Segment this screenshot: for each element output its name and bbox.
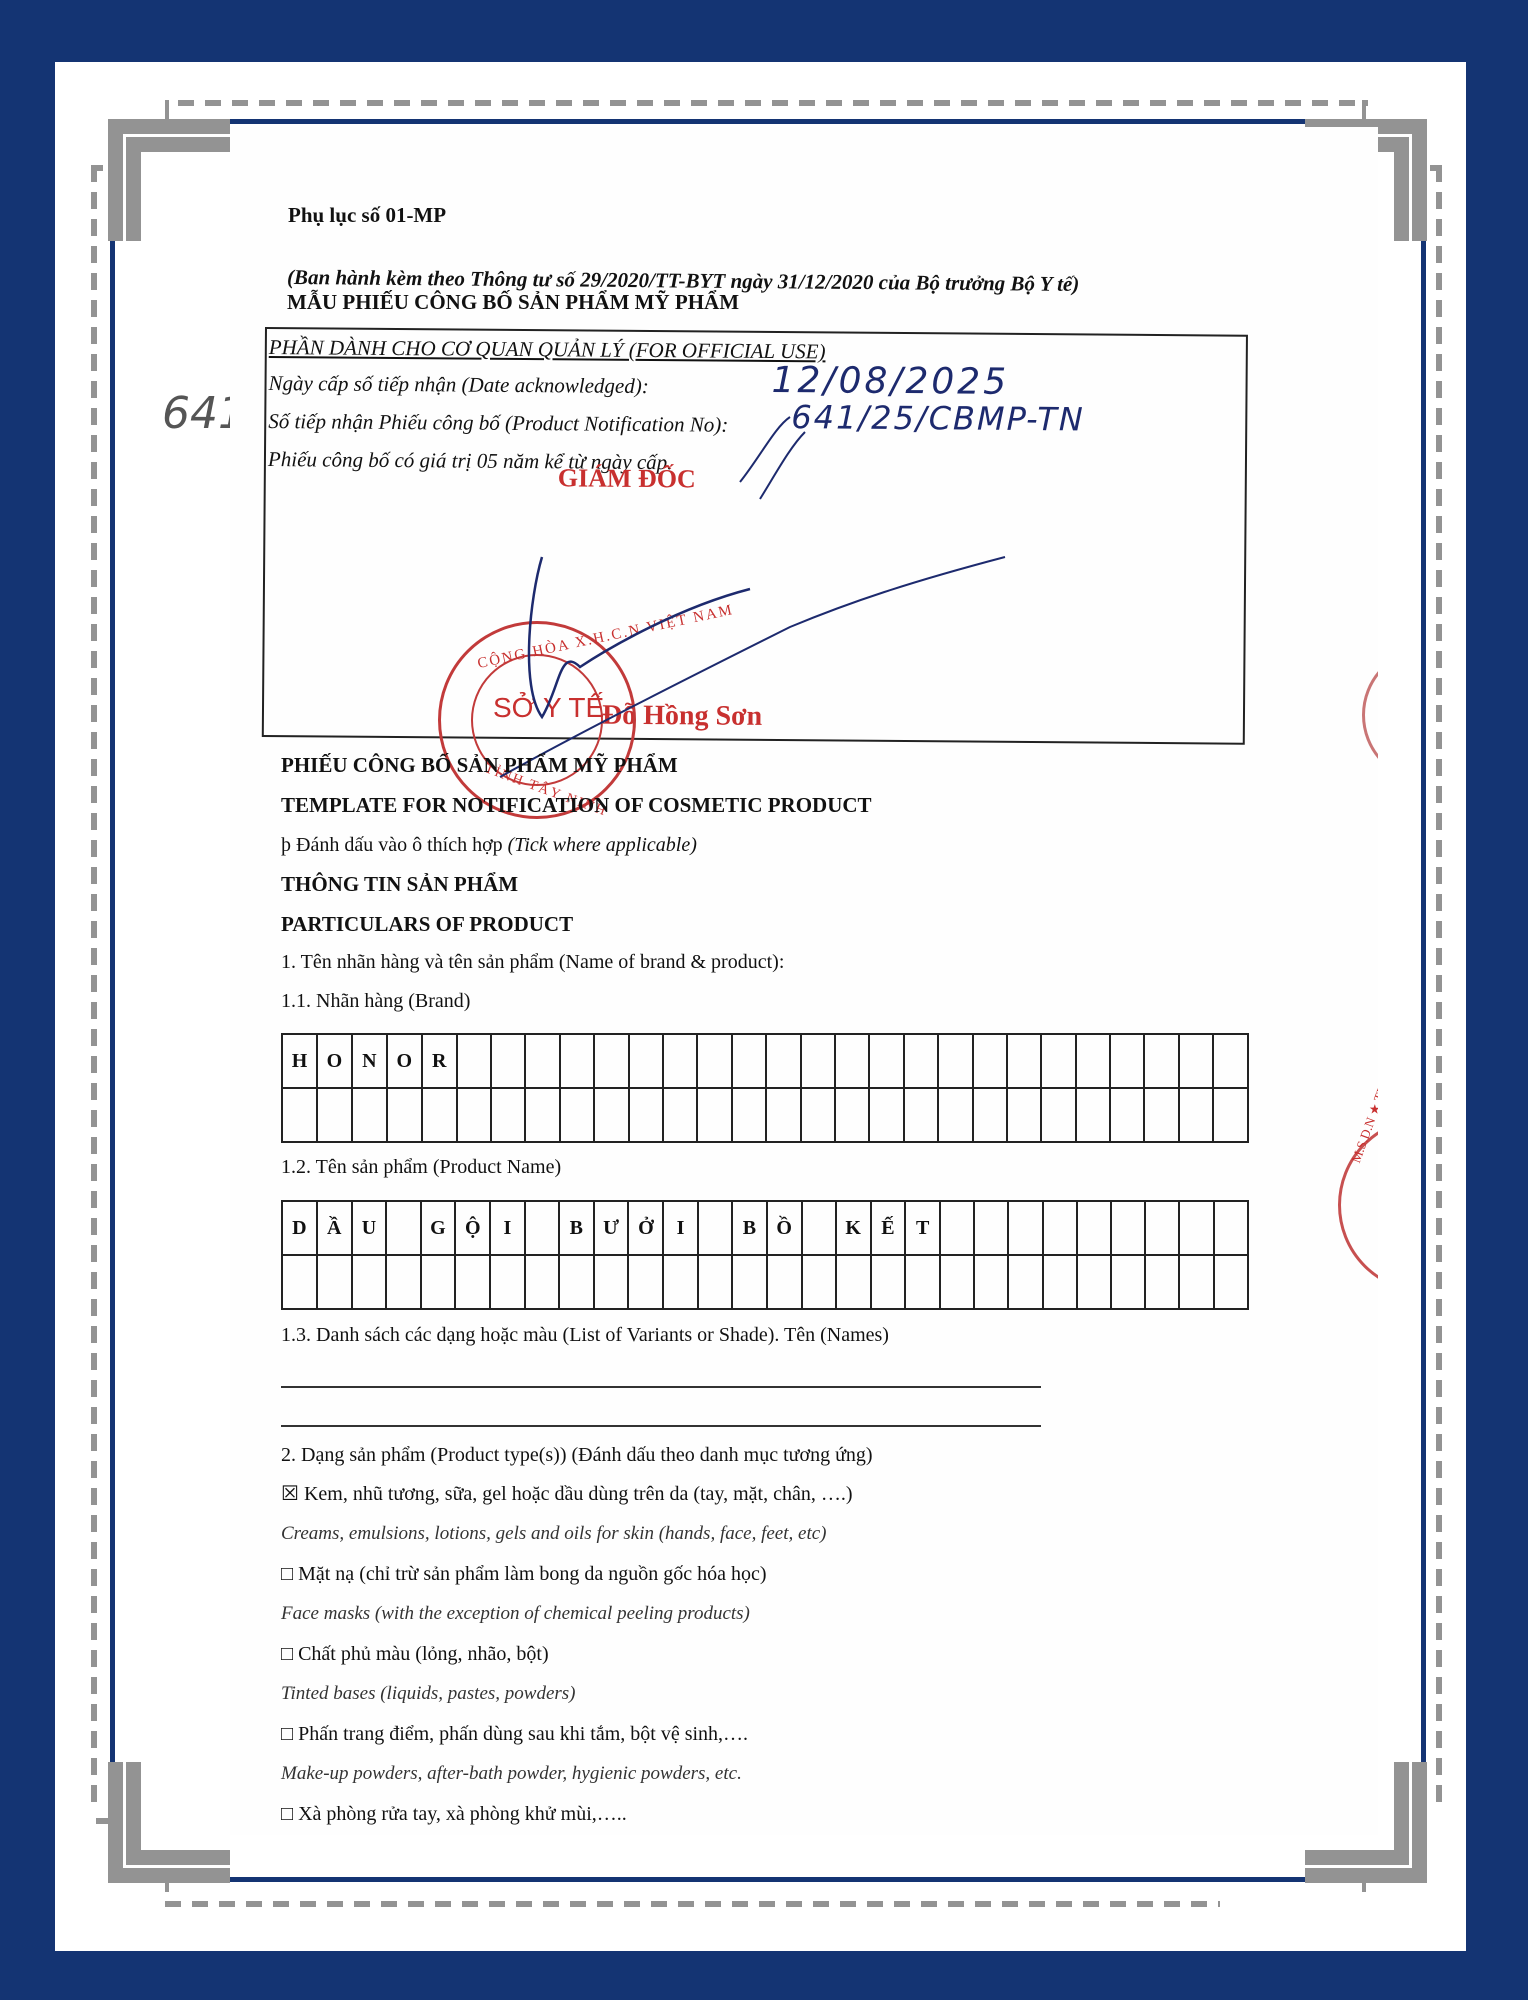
brand-cell[interactable] [938, 1034, 972, 1088]
product-type-option[interactable]: □ Mặt nạ (chỉ trừ sản phẩm làm bong da n… [281, 1564, 767, 1584]
brand-cell[interactable] [904, 1088, 938, 1142]
product-name-cell[interactable]: B [559, 1201, 594, 1255]
brand-cell[interactable] [629, 1034, 663, 1088]
frame-dash-right [1436, 165, 1442, 1805]
product-name-cell[interactable] [698, 1255, 732, 1309]
brand-cell[interactable] [1144, 1034, 1178, 1088]
question-1-3: 1.3. Danh sách các dạng hoặc màu (List o… [281, 1325, 889, 1345]
brand-cell[interactable] [938, 1088, 972, 1142]
variants-line-1[interactable] [281, 1386, 1041, 1388]
product-type-label: Chất phủ màu (lỏng, nhão, bột) [298, 1643, 549, 1665]
product-type-option[interactable]: □ Xà phòng rửa tay, xà phòng khử mùi,….. [281, 1804, 627, 1824]
product-name-cell[interactable] [732, 1255, 767, 1309]
brand-cell[interactable]: O [387, 1034, 422, 1088]
brand-cell[interactable]: R [422, 1034, 457, 1088]
product-type-option[interactable]: □ Phấn trang điểm, phấn dùng sau khi tắm… [281, 1724, 748, 1744]
brand-cell[interactable] [973, 1088, 1007, 1142]
brand-cell[interactable] [732, 1088, 766, 1142]
notification-title-vi: PHIẾU CÔNG BỐ SẢN PHẨM MỸ PHẨM [281, 755, 678, 776]
brand-cell[interactable] [525, 1088, 559, 1142]
product-name-cell[interactable] [1077, 1255, 1111, 1309]
product-type-option[interactable]: □ Chất phủ màu (lỏng, nhão, bột) [281, 1644, 549, 1664]
product-name-cell[interactable] [836, 1255, 871, 1309]
brand-cell[interactable] [766, 1034, 800, 1088]
brand-cell[interactable] [1213, 1034, 1248, 1088]
product-name-grid: DẦUGỘIBƯỞIBỒKẾT [281, 1200, 1249, 1310]
brand-cell[interactable] [1041, 1088, 1075, 1142]
brand-cell[interactable] [1007, 1034, 1041, 1088]
product-type-option[interactable]: ☒ Kem, nhũ tương, sữa, gel hoặc dầu dùng… [281, 1484, 853, 1504]
product-name-cell[interactable] [1111, 1255, 1145, 1309]
product-name-cell[interactable] [421, 1255, 456, 1309]
brand-cell[interactable] [973, 1034, 1007, 1088]
checkbox-icon[interactable]: □ [281, 1723, 298, 1745]
product-name-cell[interactable] [698, 1201, 732, 1255]
brand-cell[interactable] [457, 1088, 491, 1142]
product-type-translation: Creams, emulsions, lotions, gels and oil… [281, 1524, 827, 1543]
product-name-cell[interactable]: Ồ [767, 1201, 802, 1255]
product-name-cell[interactable] [663, 1255, 698, 1309]
product-name-cell[interactable] [490, 1255, 525, 1309]
brand-cell[interactable] [869, 1034, 903, 1088]
brand-cell[interactable]: O [317, 1034, 352, 1088]
brand-cell[interactable]: H [282, 1034, 317, 1088]
section-title-vi: THÔNG TIN SẢN PHẨM [281, 874, 518, 895]
product-name-cell[interactable] [974, 1201, 1008, 1255]
brand-cell[interactable] [766, 1088, 800, 1142]
brand-grid: HONOR [281, 1033, 1249, 1143]
tick-note: þ Đánh dấu vào ô thích hợp (Tick where a… [281, 834, 697, 857]
product-name-cell[interactable]: I [663, 1201, 698, 1255]
product-name-cell[interactable]: D [282, 1201, 317, 1255]
product-name-cell[interactable] [802, 1255, 836, 1309]
brand-cell[interactable] [663, 1088, 697, 1142]
frame-dash-top [178, 100, 1368, 106]
product-name-cell[interactable]: I [490, 1201, 525, 1255]
product-name-cell[interactable] [871, 1255, 906, 1309]
product-name-cell[interactable]: Ầ [317, 1201, 352, 1255]
brand-cell[interactable] [1076, 1088, 1110, 1142]
brand-cell[interactable] [1076, 1034, 1110, 1088]
brand-cell[interactable] [525, 1034, 559, 1088]
product-type-label: Xà phòng rửa tay, xà phòng khử mùi,….. [298, 1803, 627, 1825]
product-name-cell[interactable]: Ở [628, 1201, 663, 1255]
product-name-cell[interactable] [1043, 1201, 1077, 1255]
product-type-label: Phấn trang điểm, phấn dùng sau khi tắm, … [298, 1723, 748, 1745]
brand-cell[interactable] [732, 1034, 766, 1088]
product-name-cell[interactable] [1111, 1201, 1145, 1255]
product-name-cell[interactable]: U [352, 1201, 387, 1255]
product-name-cell[interactable] [386, 1255, 420, 1309]
brand-cell[interactable] [1041, 1034, 1075, 1088]
frame-line-top [230, 119, 1305, 124]
product-name-cell[interactable] [1008, 1201, 1042, 1255]
product-name-cell[interactable] [317, 1255, 352, 1309]
product-name-cell[interactable] [767, 1255, 802, 1309]
brand-cell[interactable] [697, 1088, 731, 1142]
checkbox-icon[interactable]: □ [281, 1563, 298, 1585]
product-name-cell[interactable] [455, 1255, 490, 1309]
product-type-translation: Face masks (with the exception of chemic… [281, 1604, 750, 1623]
brand-cell[interactable] [491, 1088, 525, 1142]
edge-stamp-lower: M.S.D.N ★ THA [1338, 1117, 1378, 1293]
product-name-cell[interactable] [1179, 1201, 1213, 1255]
question-2: 2. Dạng sản phẩm (Product type(s)) (Đánh… [281, 1445, 873, 1465]
product-name-cell[interactable] [905, 1255, 940, 1309]
product-name-cell[interactable] [594, 1255, 629, 1309]
brand-cell[interactable] [904, 1034, 938, 1088]
brand-cell[interactable] [387, 1088, 422, 1142]
checkbox-icon[interactable]: □ [281, 1803, 298, 1825]
brand-cell[interactable] [697, 1034, 731, 1088]
frame-dash-bottom [165, 1901, 1220, 1907]
brand-cell[interactable] [560, 1034, 594, 1088]
product-name-cell[interactable] [282, 1255, 317, 1309]
notification-title-en: TEMPLATE FOR NOTIFICATION OF COSMETIC PR… [281, 795, 872, 816]
brand-cell[interactable] [835, 1034, 869, 1088]
product-name-cell[interactable] [940, 1201, 974, 1255]
checked-checkbox-icon[interactable]: ☒ [281, 1483, 304, 1505]
brand-cell[interactable] [422, 1088, 457, 1142]
product-name-cell[interactable] [1214, 1201, 1248, 1255]
product-name-cell[interactable] [1179, 1255, 1213, 1309]
brand-cell[interactable] [1110, 1034, 1144, 1088]
product-name-cell[interactable] [1008, 1255, 1042, 1309]
brand-cell[interactable] [663, 1034, 697, 1088]
product-name-cell[interactable] [1043, 1255, 1077, 1309]
brand-cell[interactable] [801, 1088, 835, 1142]
checkbox-icon[interactable]: □ [281, 1643, 298, 1665]
scanned-document: Phụ lục số 01-MP (Ban hành kèm theo Thôn… [230, 127, 1378, 1835]
brand-cell[interactable] [1007, 1088, 1041, 1142]
question-1-2: 1.2. Tên sản phẩm (Product Name) [281, 1157, 561, 1177]
product-name-cell[interactable]: K [836, 1201, 871, 1255]
brand-cell[interactable] [629, 1088, 663, 1142]
product-name-cell[interactable] [1214, 1255, 1248, 1309]
product-type-translation: Make-up powders, after-bath powder, hygi… [281, 1764, 742, 1783]
variants-line-2[interactable] [281, 1425, 1041, 1427]
brand-cell[interactable]: N [352, 1034, 387, 1088]
frame-line-bottom [230, 1877, 1305, 1882]
product-name-cell[interactable] [974, 1255, 1008, 1309]
brand-cell[interactable] [560, 1088, 594, 1142]
brand-cell[interactable] [1213, 1088, 1248, 1142]
product-type-label: Kem, nhũ tương, sữa, gel hoặc dầu dùng t… [304, 1483, 853, 1505]
product-name-cell[interactable]: Ộ [455, 1201, 490, 1255]
question-1-1: 1.1. Nhãn hàng (Brand) [281, 991, 470, 1011]
product-name-cell[interactable] [525, 1201, 559, 1255]
brand-cell[interactable] [835, 1088, 869, 1142]
brand-cell[interactable] [869, 1088, 903, 1142]
product-name-cell[interactable]: B [732, 1201, 767, 1255]
frame-line-left [110, 240, 115, 1762]
brand-cell[interactable] [1179, 1034, 1213, 1088]
product-name-cell[interactable] [940, 1255, 974, 1309]
product-name-cell[interactable] [1145, 1255, 1179, 1309]
brand-cell[interactable] [1110, 1088, 1144, 1142]
product-name-cell[interactable] [525, 1255, 559, 1309]
question-1: 1. Tên nhãn hàng và tên sản phẩm (Name o… [281, 952, 784, 972]
product-name-cell[interactable] [1077, 1201, 1111, 1255]
product-name-cell[interactable] [802, 1201, 836, 1255]
product-name-cell[interactable] [352, 1255, 387, 1309]
product-name-cell[interactable] [559, 1255, 594, 1309]
product-name-cell[interactable]: G [421, 1201, 456, 1255]
product-type-translation: Tinted bases (liquids, pastes, powders) [281, 1684, 576, 1703]
brand-cell[interactable] [594, 1088, 628, 1142]
brand-cell[interactable] [1179, 1088, 1213, 1142]
brand-cell[interactable] [801, 1034, 835, 1088]
brand-cell[interactable] [491, 1034, 525, 1088]
product-name-cell[interactable] [386, 1201, 420, 1255]
brand-cell[interactable] [457, 1034, 491, 1088]
frame-dash-left [91, 165, 97, 1805]
brand-cell[interactable] [317, 1088, 352, 1142]
brand-cell[interactable] [352, 1088, 387, 1142]
product-name-cell[interactable]: T [905, 1201, 940, 1255]
brand-cell[interactable] [282, 1088, 317, 1142]
product-name-cell[interactable] [1145, 1201, 1179, 1255]
section-title-en: PARTICULARS OF PRODUCT [281, 914, 573, 935]
product-name-cell[interactable]: Ư [594, 1201, 629, 1255]
product-type-label: Mặt nạ (chỉ trừ sản phẩm làm bong da ngu… [298, 1563, 767, 1585]
brand-cell[interactable] [1144, 1088, 1178, 1142]
product-name-cell[interactable]: Ế [871, 1201, 906, 1255]
brand-cell[interactable] [594, 1034, 628, 1088]
product-name-cell[interactable] [628, 1255, 663, 1309]
frame-line-right [1421, 240, 1426, 1762]
